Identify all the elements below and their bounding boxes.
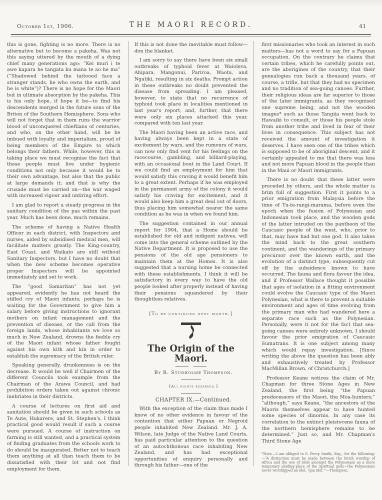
byline-rule: [181, 379, 201, 380]
rights-notice: [All rights reserved.]: [134, 383, 247, 389]
paragraph: I am glad to report a steady progress in…: [7, 202, 120, 221]
article-title: The Origin of the Maori.: [134, 344, 247, 364]
column-3: first missionaries who took an interest …: [262, 42, 375, 476]
paragraph: There is no doubt that these latter were…: [262, 177, 375, 372]
page-content: October 1st, 1906. THE MAORI RECORD. 41 …: [0, 0, 382, 500]
header-rule-bottom: [11, 37, 371, 38]
continued-notice: [To be continued next month.]: [134, 311, 247, 317]
paragraph: The Maori having been an active race, an…: [134, 130, 247, 218]
page-header: October 1st, 1906. THE MAORI RECORD. 41: [14, 20, 368, 33]
paragraph: Professor Keane notices the claim of Mr.…: [262, 375, 375, 444]
paragraph: If this is not done the inevitable must …: [134, 42, 247, 55]
rights-rule: [181, 393, 201, 394]
page-number: 41: [359, 23, 366, 30]
article-byline: By R. Studholme Thompson.: [134, 370, 247, 376]
chapter-heading: CHAPTER IX.—Continued.: [134, 397, 247, 403]
paragraph: The suggestion contained in our annual r…: [134, 221, 247, 303]
printer-ornament-icon: [134, 322, 247, 340]
publication-title: THE MAORI RECORD.: [14, 21, 368, 29]
paragraph: The scheme of having a Native Health Off…: [7, 224, 120, 281]
column-2: If this is not done the inevitable must …: [134, 42, 247, 476]
paragraph: With the exception of the claim thus mad…: [134, 406, 247, 469]
footnote: *Note.—I am obliged to S. Percy Smith, E…: [262, 452, 375, 473]
newspaper-page-scan: October 1st, 1906. THE MAORI RECORD. 41 …: [0, 0, 382, 500]
article-columns: this is gone, fighting is no more. There…: [7, 42, 375, 476]
column-1: this is gone, fighting is no more. There…: [7, 42, 120, 476]
paragraph: Speaking generally, drunkenness is on th…: [7, 363, 120, 401]
title-rule: [134, 366, 247, 367]
header-rule-top: [11, 34, 371, 35]
paragraph: A course of lectures on first aid and sa…: [7, 403, 120, 472]
paragraph: first missionaries who took an interest …: [262, 42, 375, 174]
paragraph: The “good Samaritan” has not yet appeare…: [7, 284, 120, 360]
paragraph: this is gone, fighting is no more. There…: [7, 42, 120, 199]
paragraph: I am sorry to say there have been six sm…: [134, 58, 247, 127]
